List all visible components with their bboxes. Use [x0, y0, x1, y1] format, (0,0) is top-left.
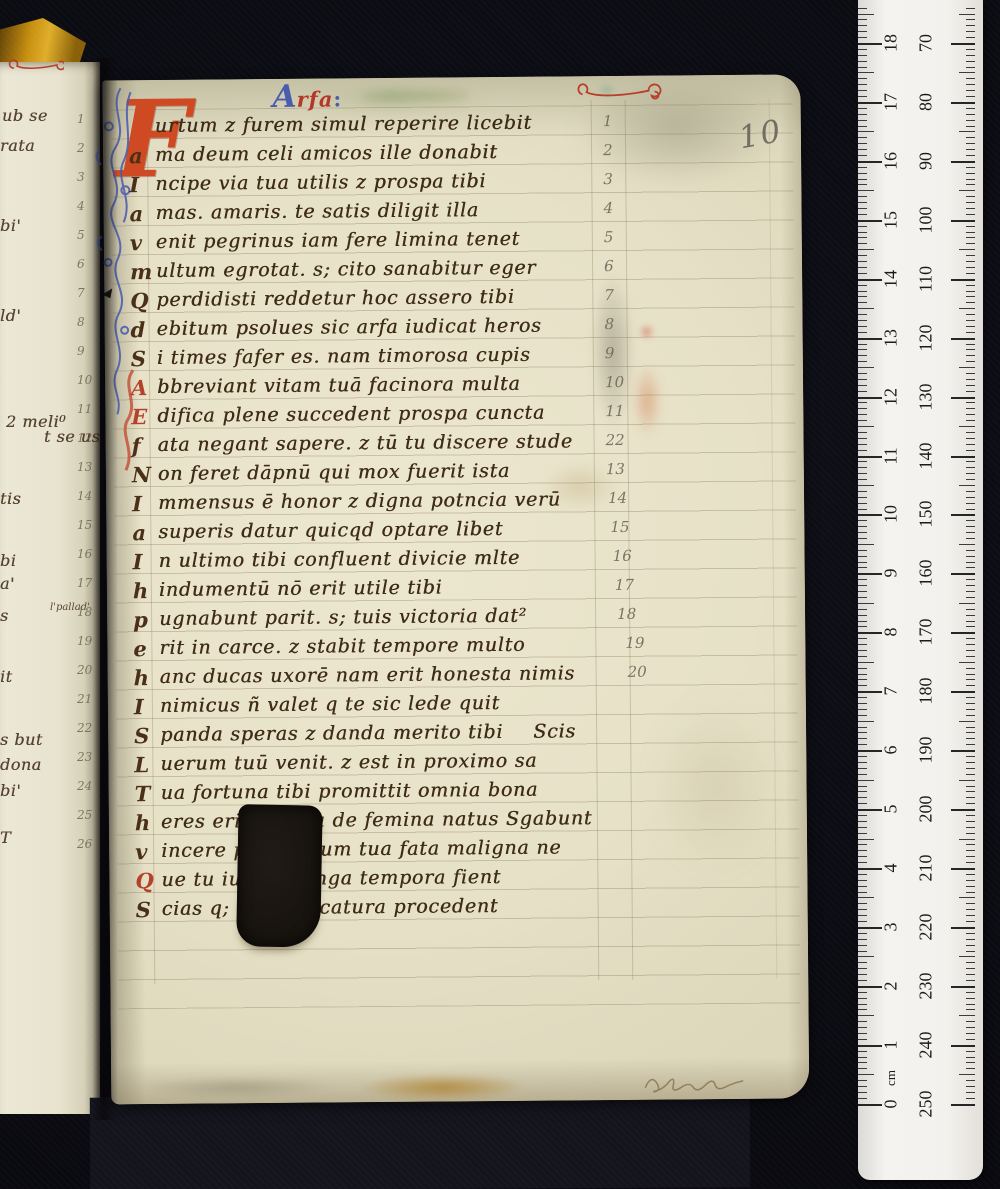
ruler-tick — [966, 556, 975, 557]
ruler-tick — [966, 1098, 975, 1099]
ruler-cm-label: 12 — [881, 388, 902, 406]
ruler-tick — [858, 173, 867, 174]
ruler-tick — [959, 131, 975, 132]
pencil-line-number: 16 — [613, 547, 632, 565]
ruler-cm-label: 6 — [881, 746, 902, 755]
ruler-tick — [858, 391, 867, 392]
facing-page-strip: ub seratabi'ld'2 meli⁰t se ustisbia'sits… — [0, 62, 100, 1114]
ruler-tick — [858, 632, 882, 634]
ruler-tick — [951, 514, 975, 516]
ruler-tick — [858, 314, 867, 315]
ruler-tick — [951, 809, 975, 811]
line-initial: p — [133, 607, 148, 632]
ruler-mm-label: 90 — [916, 152, 937, 170]
ruler-tick — [966, 585, 975, 586]
ruler-tick — [966, 1051, 975, 1052]
ruler-cm-label: 8 — [881, 628, 902, 637]
ruler-mm-label: 110 — [916, 266, 937, 292]
ruler-tick — [858, 1039, 867, 1040]
ruler-tick — [858, 579, 867, 580]
ruler-tick — [858, 862, 867, 863]
ruler-tick — [966, 880, 975, 881]
ruler-tick — [966, 332, 975, 333]
ruler-tick — [966, 479, 975, 480]
ruler-tick — [858, 55, 867, 56]
ruler-tick — [858, 886, 867, 887]
ruler-tick — [966, 402, 975, 403]
ruler-tick — [966, 768, 975, 769]
ruler-tick — [858, 968, 867, 969]
ruler-tick — [858, 532, 867, 533]
ruler-tick — [951, 632, 975, 634]
ruler-tick — [858, 562, 867, 563]
ruler-tick — [858, 126, 867, 127]
left-page-fragment: bi' — [0, 216, 21, 235]
line-text: rit in carce. z stabit tempore multo — [159, 634, 525, 659]
ruler-tick — [966, 774, 975, 775]
manuscript-page: Arfa: 10 F urtum z furem — [102, 74, 809, 1104]
ruler-tick — [966, 909, 975, 910]
line-text: indumentū nō erit utile tibi — [159, 577, 443, 601]
left-page-fragment: it — [0, 667, 13, 686]
ruler-tick — [858, 285, 867, 286]
ruler-tick — [858, 43, 882, 45]
ruler-tick — [966, 214, 975, 215]
left-page-fragment: bi' — [0, 781, 21, 800]
ruler-tick — [951, 868, 975, 870]
ruler-tick — [951, 573, 975, 575]
ruler-tick — [858, 1092, 867, 1093]
ruler-tick — [858, 120, 867, 121]
ruler-tick — [966, 149, 975, 150]
ruler-tick — [966, 1004, 975, 1005]
ruler-tick — [966, 420, 975, 421]
ruler-tick — [858, 780, 874, 781]
ruler-cm-label: 16 — [881, 152, 902, 170]
ruler-tick — [858, 514, 882, 516]
ruler-tick — [858, 432, 867, 433]
pencil-line-number: 3 — [603, 170, 613, 188]
ruler-tick — [966, 243, 975, 244]
ruler-tick — [966, 25, 975, 26]
ruler-mm-label: 210 — [916, 855, 937, 882]
ruler-tick — [966, 815, 975, 816]
ruler-tick — [858, 67, 867, 68]
ruler-tick — [858, 974, 867, 975]
line-text: ue tu iud onga tempora fient — [161, 866, 501, 891]
left-pencil-number: 8 — [77, 315, 85, 329]
ruler-tick — [966, 491, 975, 492]
line-initial: Q — [135, 868, 154, 893]
ruler-tick — [858, 273, 867, 274]
ruler-tick — [858, 786, 867, 787]
ruler-tick — [858, 697, 867, 698]
ruler-tick — [966, 609, 975, 610]
left-pencil-number: 11 — [77, 402, 92, 416]
ruler-tick — [966, 621, 975, 622]
ruler-tick — [966, 1027, 975, 1028]
ruler-tick — [858, 19, 867, 20]
ruler-tick — [858, 1027, 867, 1028]
ruler-tick — [858, 1074, 874, 1075]
ruler-tick — [858, 202, 867, 203]
ruler-tick — [858, 544, 874, 545]
ruler-tick — [858, 149, 867, 150]
ruler-tick — [966, 267, 975, 268]
line-text: mas. amaris. te satis diligit illa — [155, 199, 479, 224]
line-initial: S — [136, 897, 151, 922]
ruler-tick — [966, 945, 975, 946]
ruler-tick — [966, 373, 975, 374]
ruler-tick — [858, 744, 867, 745]
ruler-tick — [966, 226, 975, 227]
ruler-tick — [966, 703, 975, 704]
pencil-line-number: 11 — [605, 402, 624, 420]
line-initial: d — [131, 317, 146, 342]
ruler-tick — [959, 544, 975, 545]
ruler-tick — [858, 78, 867, 79]
ruler-tick — [966, 591, 975, 592]
ruler-tick — [858, 809, 882, 811]
ruler-tick — [858, 467, 867, 468]
ruler-tick — [858, 892, 867, 893]
ruler-tick — [858, 267, 867, 268]
pencil-line-number: 18 — [617, 605, 636, 623]
line-text: panda speras z danda merito tibi Scis — [160, 720, 576, 746]
left-pencil-number: 25 — [77, 808, 92, 822]
ruler-tick — [858, 8, 867, 9]
line-text: nimicus ñ valet q te sic lede quit — [160, 692, 500, 717]
ruler-tick — [966, 55, 975, 56]
book-board — [90, 1094, 750, 1189]
ruler-tick — [858, 208, 867, 209]
ruler-tick — [966, 562, 975, 563]
ruler-tick — [966, 184, 975, 185]
ruler-tick — [858, 520, 867, 521]
ruler-tick — [966, 833, 975, 834]
line-text: ultum egrotat. s; cito sanabitur eger — [156, 257, 536, 282]
ruler-tick — [858, 243, 867, 244]
line-initial: N — [132, 462, 151, 487]
ruler-tick — [951, 397, 975, 399]
ruler-tick — [858, 232, 867, 233]
ruler-tick — [858, 143, 867, 144]
line-text: ebitum psolues sic arfa iudicat heros — [157, 315, 542, 340]
ruler-tick — [959, 249, 975, 250]
ruler-tick — [959, 780, 975, 781]
ruler-tick — [858, 338, 882, 340]
ruler-tick — [966, 962, 975, 963]
ruler-tick — [966, 1009, 975, 1010]
ruler-tick — [858, 750, 882, 752]
pencil-line-number: 20 — [628, 663, 647, 681]
ruler-tick — [966, 685, 975, 686]
ruler-tick — [858, 461, 867, 462]
ruler-tick — [858, 668, 867, 669]
ruler-tick — [858, 255, 867, 256]
ruler-tick — [858, 550, 867, 551]
ruler-tick — [858, 626, 867, 627]
ruler-tick — [858, 903, 867, 904]
ruler-tick — [858, 438, 867, 439]
ruler-tick — [858, 880, 867, 881]
ruler-tick — [966, 1039, 975, 1040]
line-text: eres erit ē bona de femina natus Sgabunt — [161, 807, 593, 833]
ruler-tick — [966, 668, 975, 669]
ruler-tick — [966, 444, 975, 445]
ruler-tick — [966, 1086, 975, 1087]
ruler-tick — [858, 379, 867, 380]
ruler-tick — [966, 385, 975, 386]
measuring-ruler: 1870178016901510014110131201213011140101… — [858, 0, 983, 1180]
ruler-tick — [966, 1021, 975, 1022]
ruler-tick — [858, 603, 874, 604]
ruler-tick — [858, 1045, 882, 1047]
ruler-tick — [966, 520, 975, 521]
ruler-tick — [966, 114, 975, 115]
line-initial: m — [130, 259, 152, 284]
ruler-tick — [966, 391, 975, 392]
ruler-tick — [858, 279, 882, 281]
line-initial: a — [129, 201, 143, 226]
ruler-tick — [966, 509, 975, 510]
photograph-stage: ub seratabi'ld'2 meli⁰t se ustisbia'sits… — [0, 0, 1000, 1189]
line-text: difica plene succedent prospa cuncta — [157, 402, 545, 427]
ruler-tick — [951, 927, 975, 929]
ruler-tick — [858, 1004, 867, 1005]
ruler-tick — [966, 349, 975, 350]
ruler-tick — [966, 744, 975, 745]
ruler-tick — [858, 37, 867, 38]
ruler-tick — [966, 61, 975, 62]
ruler-tick — [858, 373, 867, 374]
line-text: superis datur quicqd optare libet — [158, 518, 503, 543]
ruler-tick — [966, 78, 975, 79]
ruler-tick — [858, 84, 867, 85]
left-page-fragment: ub se — [2, 106, 48, 125]
ruler-tick — [858, 509, 867, 510]
ruler-tick — [966, 1080, 975, 1081]
ruler-mm-label: 200 — [916, 796, 937, 823]
ruler-tick — [858, 791, 867, 792]
ruler-tick — [858, 161, 882, 163]
pencil-line-number: 19 — [625, 634, 644, 652]
ruler-tick — [966, 797, 975, 798]
ruler-tick — [858, 296, 867, 297]
ruler-cm-label: 4 — [881, 864, 902, 873]
ruler-tick — [966, 697, 975, 698]
ruler-tick — [951, 43, 975, 45]
line-initial: I — [134, 694, 144, 719]
line-initial: e — [133, 636, 147, 661]
manuscript-line: Scias q; lu ercatura procedent — [110, 891, 808, 926]
line-initial: L — [134, 752, 149, 777]
ruler-tick — [858, 450, 867, 451]
ruler-tick — [966, 302, 975, 303]
ruler-tick — [858, 320, 867, 321]
ruler-tick — [966, 432, 975, 433]
ruler-tick — [858, 108, 867, 109]
ruler-tick — [858, 803, 867, 804]
ruler-tick — [858, 1098, 867, 1099]
ruler-tick — [858, 420, 867, 421]
ruler-tick — [951, 279, 975, 281]
line-text: bbreviant vitam tuā facinora multa — [157, 373, 521, 398]
ruler-tick — [858, 1009, 867, 1010]
ruler-tick — [858, 220, 882, 222]
ruler-mm-label: 140 — [916, 442, 937, 469]
left-pencil-number: 21 — [77, 692, 92, 706]
ruler-tick — [951, 220, 975, 222]
ruler-tick — [858, 585, 867, 586]
ruler-tick — [966, 850, 975, 851]
left-pencil-number: 5 — [77, 228, 85, 242]
ruler-tick — [966, 143, 975, 144]
ruler-tick — [966, 108, 975, 109]
ruler-tick — [858, 72, 874, 73]
ruler-tick — [966, 473, 975, 474]
faded-inscription-icon — [639, 1067, 749, 1096]
ruler-tick — [966, 526, 975, 527]
line-initial: T — [135, 781, 151, 806]
ruler-tick — [858, 31, 867, 32]
ruler-tick — [966, 903, 975, 904]
left-pencil-number: 24 — [77, 779, 92, 793]
ruler-tick — [858, 90, 867, 91]
ruler-tick — [858, 797, 867, 798]
ruler-tick — [858, 473, 867, 474]
ruler-tick — [858, 591, 867, 592]
ruler-tick — [858, 1068, 867, 1069]
ruler-tick — [858, 226, 867, 227]
ruler-tick — [966, 438, 975, 439]
ruler-tick — [966, 361, 975, 362]
ruler-tick — [966, 179, 975, 180]
ruler-tick — [858, 945, 867, 946]
ruler-tick — [858, 1015, 874, 1016]
ruler-tick — [858, 1080, 867, 1081]
ruler-tick — [966, 96, 975, 97]
ruler-cm-label: 3 — [881, 922, 902, 931]
ruler-tick — [966, 921, 975, 922]
ruler-tick — [858, 102, 882, 104]
ruler-tick — [858, 573, 882, 575]
ruler-tick — [966, 326, 975, 327]
ruler-tick — [966, 1068, 975, 1069]
ruler-tick — [858, 214, 867, 215]
ruler-tick — [966, 1092, 975, 1093]
ruler-mm-label: 190 — [916, 737, 937, 764]
line-initial: A — [131, 375, 148, 400]
ruler-mm-label: 220 — [916, 913, 937, 940]
ruler-tick — [858, 184, 867, 185]
line-text: ncipe via tua utilis z prospa tibi — [155, 170, 486, 195]
ruler-tick — [951, 986, 975, 988]
ruler-unit-label: cm — [883, 1070, 899, 1086]
left-page-fragment: T — [0, 828, 11, 847]
pencil-line-number: 10 — [605, 373, 624, 391]
ruler-tick — [858, 679, 867, 680]
ruler-tick — [858, 650, 867, 651]
ruler-tick — [858, 249, 874, 250]
ruler-tick — [858, 738, 867, 739]
pencil-line-number: 8 — [605, 315, 615, 333]
ruler-tick — [951, 161, 975, 163]
ruler-tick — [951, 1045, 975, 1047]
ruler-tick — [858, 326, 867, 327]
ruler-tick — [959, 897, 975, 898]
ruler-tick — [858, 927, 882, 929]
ruler-tick — [858, 709, 867, 710]
ruler-tick — [858, 414, 867, 415]
ruler-tick — [858, 921, 867, 922]
pencil-line-number: 4 — [603, 199, 613, 217]
line-initial: f — [132, 433, 141, 458]
ruler-mm-label: 250 — [916, 1090, 937, 1117]
ruler-tick — [966, 497, 975, 498]
ruler-tick — [858, 1062, 867, 1063]
line-text: perdidisti reddetur hoc assero tibi — [156, 286, 514, 311]
line-text: incere po ium tua fata maligna ne — [161, 836, 561, 861]
ruler-tick — [858, 196, 867, 197]
ruler-tick — [858, 638, 867, 639]
ruler-tick — [858, 933, 867, 934]
ruler-tick — [858, 155, 867, 156]
ruler-tick — [959, 72, 975, 73]
ruler-tick — [951, 102, 975, 104]
left-pencil-number: 15 — [77, 518, 92, 532]
ruler-tick — [858, 897, 874, 898]
ruler-tick — [966, 650, 975, 651]
left-pencil-number: 26 — [77, 837, 92, 851]
ruler-tick — [966, 709, 975, 710]
ruler-tick — [858, 308, 874, 309]
ruler-cm-label: 2 — [881, 981, 902, 990]
ruler-tick — [858, 662, 874, 663]
left-pencil-number: 12 — [77, 431, 92, 445]
ruler-tick — [959, 956, 975, 957]
line-initial: a — [129, 143, 143, 168]
left-pencil-number: 14 — [77, 489, 92, 503]
left-pencil-number: 19 — [77, 634, 92, 648]
ruler-tick — [858, 644, 867, 645]
ruler-tick — [858, 332, 867, 333]
ruler-tick — [858, 1057, 867, 1058]
ruler-tick — [966, 285, 975, 286]
ruler-tick — [966, 756, 975, 757]
ruler-tick — [858, 479, 867, 480]
ruler-tick — [966, 291, 975, 292]
ruler-tick — [966, 414, 975, 415]
ruler-tick — [858, 349, 867, 350]
left-pencil-number: 23 — [77, 750, 92, 764]
line-initial: S — [134, 723, 149, 748]
ruler-tick — [966, 255, 975, 256]
pencil-line-number: 6 — [604, 257, 614, 275]
left-page-fragment: s but — [0, 730, 43, 749]
ruler-tick — [959, 603, 975, 604]
left-pencil-number: 18 — [77, 605, 92, 619]
ruler-tick — [966, 998, 975, 999]
pencil-line-number: 14 — [608, 489, 627, 507]
line-text: ugnabunt parit. s; tuis victoria dat² — [159, 605, 527, 630]
ruler-tick — [966, 597, 975, 598]
ruler-tick — [966, 261, 975, 262]
ruler-tick — [959, 485, 975, 486]
ruler-tick — [966, 467, 975, 468]
line-text: cias q; lu ercatura procedent — [162, 895, 499, 920]
ruler-tick — [858, 856, 867, 857]
